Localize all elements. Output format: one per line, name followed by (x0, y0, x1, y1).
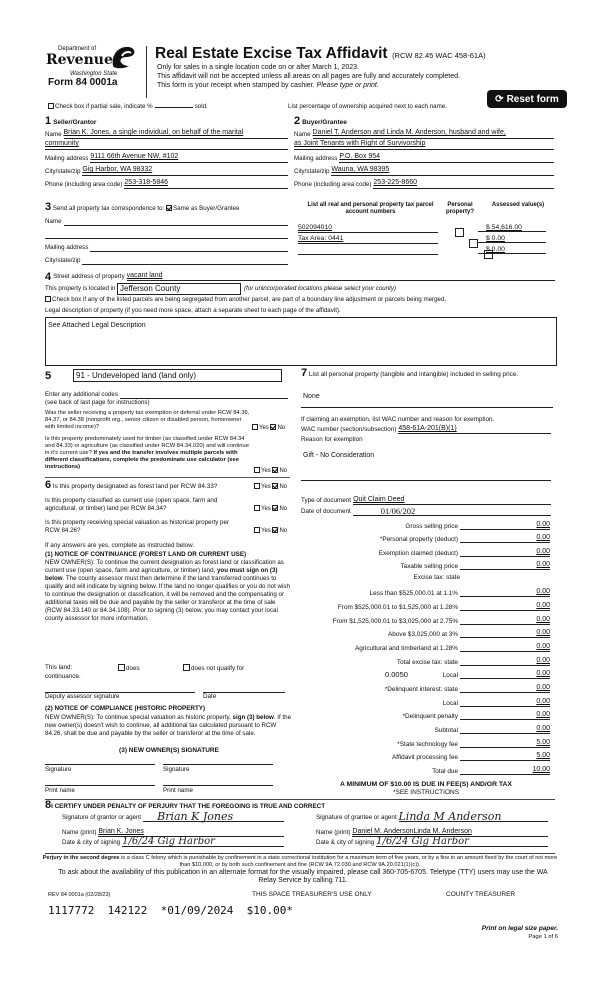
calc-label: *Personal property (deduct) (300, 536, 458, 543)
historic-yes-checkbox[interactable] (254, 527, 260, 533)
same-as-buyer-checkbox[interactable] (166, 205, 172, 211)
calc-row: Subtotal 0.00 (300, 724, 550, 734)
calc-row: *Delinquent interest: state 0.00 (300, 683, 550, 693)
wac-number-field[interactable]: 458-61A-201(B)(1) (398, 425, 551, 434)
parcel-table: 502094010 $ 54,616.00Tax Area: 0441 $ 0.… (0, 0, 600, 18)
calc-value[interactable]: 0.00 (460, 520, 550, 530)
calc-label: Subtotal (300, 727, 458, 734)
calc-label: Exemption claimed (deduct) (300, 550, 458, 557)
new-owner-print-2[interactable] (163, 785, 273, 786)
calc-value[interactable]: 0.00 (460, 710, 550, 720)
calc-value[interactable]: 0.00 (460, 683, 550, 693)
exemption-no-checkbox[interactable] (270, 424, 276, 430)
calc-row: *Delinquent penalty 0.00 (300, 710, 550, 720)
seller-title: Seller/Grantor (53, 119, 96, 126)
local-rate: 0.0050 (385, 670, 408, 679)
personal-col-header: Personal property? (442, 202, 478, 216)
calc-label: Total excise tax: state (300, 659, 458, 666)
parcel-number-field[interactable]: 502094010 (298, 223, 438, 233)
exemption-yes-checkbox[interactable] (252, 424, 258, 430)
calc-value[interactable]: 0.00 (460, 615, 550, 625)
correspondence-mailing-field[interactable] (90, 242, 288, 252)
timber-yes-checkbox[interactable] (254, 467, 260, 473)
calc-row: Above $3,025,000 at 3% 0.00 (300, 628, 550, 638)
segregated-checkbox[interactable] (45, 296, 51, 302)
accessibility-notice: To ask about the availability of this pu… (58, 869, 548, 885)
notice-compliance-text: NEW OWNER(S): To continue special valuat… (45, 714, 293, 738)
seller-name-field-line2[interactable]: community (45, 140, 288, 150)
calc-value[interactable]: 0.00 (460, 587, 550, 597)
calc-value[interactable]: 0.00 (460, 656, 550, 666)
calc-value[interactable]: 0.00 (460, 628, 550, 638)
calc-value[interactable]: 0.00 (460, 547, 550, 557)
calc-value[interactable]: 0.00 (460, 724, 550, 734)
calc-label: Local (300, 700, 458, 707)
does-not-qualify-checkbox[interactable] (183, 664, 190, 671)
new-owner-print-1[interactable] (45, 785, 155, 786)
agency-name: Revenue (46, 52, 113, 68)
correspondence-name-field[interactable] (64, 216, 288, 226)
calc-value[interactable]: 0.00 (460, 601, 550, 611)
new-owner-signature-2[interactable] (163, 764, 273, 765)
parcel-col-header: List all real and personal property tax … (298, 202, 443, 216)
assessed-col-header: Assessed value(s) (488, 202, 548, 209)
calc-value[interactable]: 0.00 (460, 533, 550, 543)
seller-phone-field[interactable]: 253-318-5846 (124, 179, 288, 189)
does-qualify-checkbox[interactable] (118, 664, 125, 671)
treasurer-stamp: 1117772 142122 *01/09/2024 $10.00* (48, 904, 293, 917)
calc-row: Affidavit processing fee 5.00 (300, 751, 550, 761)
correspondence-city-field[interactable] (82, 255, 288, 265)
legal-description-label: Legal description of property (if you ne… (45, 307, 341, 315)
calc-row: *State technology fee 5.00 (300, 738, 550, 748)
calc-label: Affidavit processing fee (300, 754, 458, 761)
document-date-field[interactable]: 01/06/202 (353, 507, 551, 516)
assessed-value-field[interactable]: $ 0.00 (478, 234, 546, 243)
reset-form-button[interactable]: ⟳ Reset form (487, 90, 567, 108)
calc-label: Taxable selling price (300, 563, 458, 570)
current-use-yes-checkbox[interactable] (254, 505, 260, 511)
header-note-2: This affidavit will not be accepted unle… (157, 73, 460, 81)
buyer-name-field-line2[interactable]: as Joint Tenants with Right of Survivors… (294, 140, 554, 150)
notice-continuance-text: NEW OWNER(S): To continue the current de… (45, 559, 293, 623)
county-note: (for unincorporated locations please sel… (244, 285, 396, 293)
buyer-name-field[interactable]: Daniel T. Anderson and Linda M. Anderson… (313, 129, 554, 139)
calc-value[interactable]: 0.00 (460, 642, 550, 652)
calc-row: Agricultural and timberland at 1.28% 0.0… (300, 642, 550, 652)
header-divider (146, 46, 147, 98)
calc-row: Taxable selling price 0.00 (300, 560, 550, 570)
county-select[interactable]: Jefferson County (117, 283, 241, 295)
calc-value[interactable]: 5.00 (460, 738, 550, 748)
calc-row: Exemption claimed (deduct) 0.00 (300, 547, 550, 557)
calc-label: Total due (300, 768, 458, 775)
grantor-signature-field[interactable]: Brian K Jones (143, 813, 284, 822)
calc-label: Gross selling price (300, 523, 458, 530)
current-use-no-checkbox[interactable] (272, 505, 278, 511)
partial-sale-percent-field[interactable] (155, 107, 193, 108)
calc-label: Above $3,025,000 at 3% (300, 631, 458, 638)
calc-label: *Delinquent interest: state (300, 686, 458, 693)
seller-city-field[interactable]: Gig Harbor, WA 98332 (82, 166, 288, 176)
calc-value[interactable]: 0.00 (460, 669, 550, 679)
calc-row: Local 0.00 (300, 697, 550, 707)
form-number: Form 84 0001a (48, 77, 118, 88)
grantor-date-city-field[interactable]: 1/6/24 Gig Harbor (122, 838, 284, 847)
calc-value[interactable]: 0.00 (460, 697, 550, 707)
exemption-reason-field[interactable]: Gift - No Consideration (301, 446, 551, 481)
additional-codes-field[interactable] (120, 390, 288, 399)
calc-row: Less than $525,000.01 at 1.1% 0.00 (300, 587, 550, 597)
calc-row: *Personal property (deduct) 0.00 (300, 533, 550, 543)
personal-property-field[interactable]: None (301, 387, 553, 408)
assessed-value-field[interactable]: $ 54,616.00 (478, 223, 546, 232)
calc-row: Gross selling price 0.00 (300, 520, 550, 530)
calc-label: *Delinquent penalty (300, 713, 458, 720)
form-title: Real Estate Excise Tax Affidavit (155, 45, 388, 62)
buyer-mailing-field[interactable]: P.O. Box 954 (339, 153, 554, 163)
calc-label: Agricultural and timberland at 1.28% (300, 645, 458, 652)
buyer-phone-field[interactable]: 253-225-8660 (373, 179, 554, 189)
buyer-city-field[interactable]: Wauna, WA 98395 (331, 166, 554, 176)
calc-row: Local 0.00 (300, 669, 550, 679)
seller-mailing-field[interactable]: 9111 66th Avenue NW, #102 (90, 153, 288, 163)
historic-no-checkbox[interactable] (272, 527, 278, 533)
correspondence-name-field-2[interactable] (45, 229, 288, 239)
street-address-field[interactable]: vacant land (127, 272, 555, 281)
calc-label: Excise tax: state (300, 574, 460, 581)
header-note-1: Only for sales in a single location code… (157, 64, 359, 72)
land-use-select[interactable]: 91 - Undeveloped land (land only) (73, 369, 282, 382)
timber-no-checkbox[interactable] (272, 467, 278, 473)
revenue-swoosh-icon (109, 44, 137, 70)
personal-property-checkbox[interactable] (455, 228, 464, 237)
seller-section: 1 Seller/Grantor NameBrian K. Jones, a s… (45, 117, 288, 189)
perjury-notice: Perjury in the second degree is a class … (38, 855, 562, 868)
new-owner-signature-1[interactable] (45, 764, 155, 765)
calc-value[interactable]: 0.00 (460, 560, 550, 570)
section-1-number: 1 (45, 115, 51, 127)
forest-no-checkbox[interactable] (272, 483, 278, 489)
grantee-date-city-field[interactable]: 1/6/24 Gig Harbor (376, 838, 548, 847)
calc-value[interactable]: 5.00 (460, 751, 550, 761)
reset-form-label: Reset form (507, 94, 559, 105)
calc-row: From $525,000.01 to $1,525,000 at 1.28% … (300, 601, 550, 611)
grantee-signature-field[interactable]: Linda M Anderson (399, 813, 549, 822)
buyer-section: 2 Buyer/Grantee NameDaniel T. Anderson a… (294, 117, 554, 189)
calc-label: *State technology fee (300, 741, 458, 748)
exemption-question: Was the seller receiving a property tax … (45, 410, 250, 431)
legal-description-field[interactable]: See Attached Legal Description (45, 317, 557, 366)
calc-row: Total excise tax: state 0.00 (300, 656, 550, 666)
calc-row: Total due 10.00 (300, 765, 550, 775)
partial-sale-row: Check box if partial sale, indicate %sol… (48, 103, 208, 111)
form-title-block: Real Estate Excise Tax Affidavit (RCW 82… (155, 45, 486, 63)
calc-row: From $1,525,000.01 to $3,025,000 at 2.75… (300, 615, 550, 625)
calc-label: From $1,525,000.01 to $3,025,000 at 2.75… (300, 618, 458, 625)
form-citation: (RCW 82.45 WAC 458-61A) (392, 51, 486, 60)
timber-question: Is this property predominately used for … (45, 436, 250, 471)
calc-label: Less than $525,000.01 at 1.1% (300, 590, 458, 597)
correspondence-section: 3 Send all property tax correspondence t… (45, 203, 288, 265)
ownership-note: List percentage of ownership acquired ne… (288, 103, 447, 111)
seller-name-field[interactable]: Brian K. Jones, a single individual, on … (64, 129, 288, 139)
calc-label: From $525,000.01 to $1,525,000 at 1.28% (300, 604, 458, 611)
calc-value[interactable]: 10.00 (460, 765, 550, 775)
parcel-number-field[interactable]: Tax Area: 0441 (298, 234, 438, 244)
parcel-number-field[interactable] (298, 245, 438, 255)
header-note-3: This form is your receipt when stamped b… (157, 82, 379, 90)
document-type-field[interactable]: Quit Claim Deed (353, 496, 551, 505)
refresh-icon: ⟳ (495, 94, 503, 105)
partial-sale-checkbox[interactable] (48, 103, 54, 109)
forest-yes-checkbox[interactable] (254, 483, 260, 489)
assessed-value-field[interactable]: $ 0.00 (478, 245, 546, 254)
calc-label: Local (300, 672, 458, 679)
street-address-row: 4Street address of property vacant land (45, 272, 555, 281)
